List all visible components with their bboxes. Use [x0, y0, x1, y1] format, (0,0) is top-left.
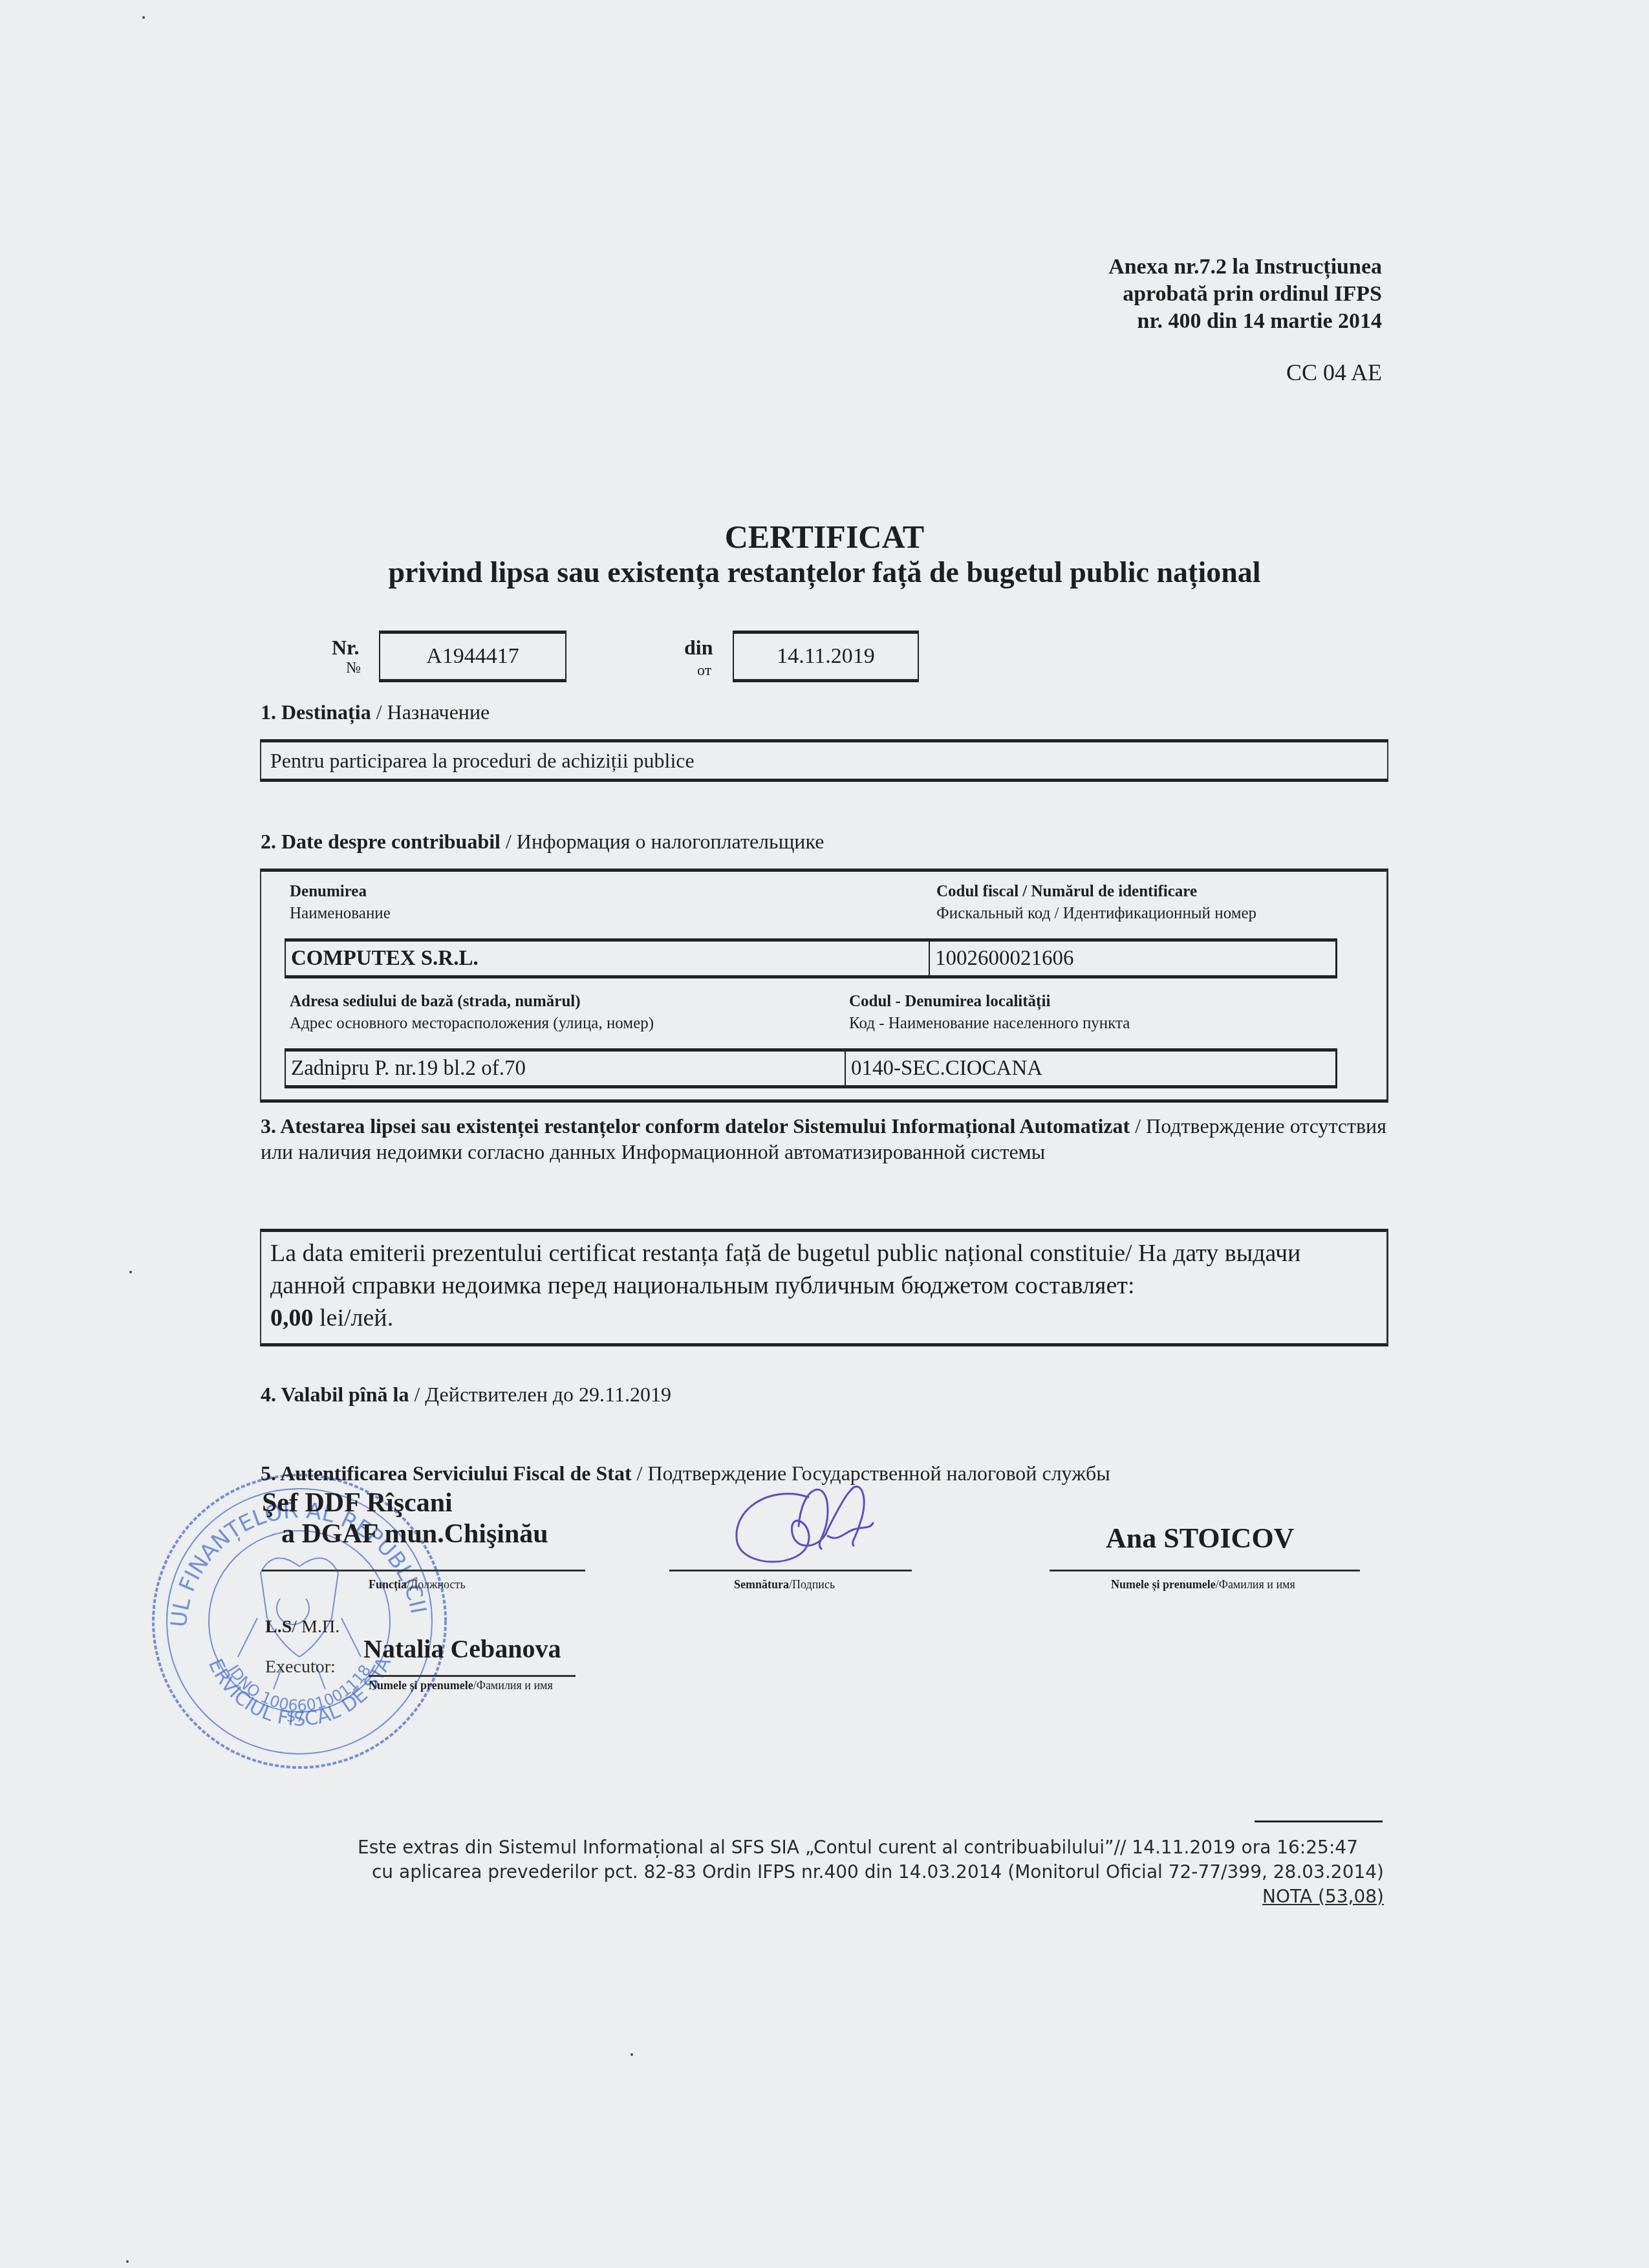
- executor-name: Natalia Cebanova: [363, 1634, 561, 1664]
- name-underline: [1050, 1570, 1360, 1571]
- annex-line: nr. 400 din 14 martie 2014: [1108, 308, 1382, 335]
- certificate-number-field: A1944417: [379, 631, 566, 682]
- caption-ru: /Подпись: [789, 1578, 835, 1591]
- name-caption: Numele și prenumele/Фамилия и имя: [1111, 1578, 1295, 1592]
- caption-ro: Numele și prenumele: [369, 1679, 473, 1692]
- signer-name: Ana STOICOV: [1106, 1522, 1294, 1555]
- position-caption: Funcția/Должность: [369, 1578, 466, 1592]
- destination-field: Pentru participarea la proceduri de achi…: [260, 739, 1388, 782]
- heading-ru: / Назначение: [371, 700, 490, 724]
- seal-label-ro: L.S: [265, 1617, 292, 1637]
- heading-ro: 2. Date despre contribuabil: [261, 830, 501, 853]
- form-code: CC 04 AE: [1286, 359, 1382, 386]
- signature-underline: [669, 1570, 912, 1571]
- position-underline: [262, 1570, 585, 1571]
- taxpayer-name-field: COMPUTEX S.R.L.: [286, 942, 930, 975]
- caption-ro: Numele și prenumele: [1111, 1578, 1216, 1591]
- name-label-ru: Наименование: [290, 905, 391, 923]
- scan-speck: [129, 1271, 132, 1273]
- locality-label: Codul - Denumirea localității: [849, 993, 1050, 1011]
- caption-ro: Semnătura: [734, 1578, 789, 1591]
- svg-text:S7: S7: [286, 1709, 305, 1725]
- heading-ru: / Информация о налогоплательщике: [501, 830, 824, 853]
- position-line: a DGAF mun.Chişinău: [262, 1518, 548, 1550]
- fiscal-code-label-ru: Фискальный код / Идентификационный номер: [936, 905, 1256, 923]
- section-attestation-heading: 3. Atestarea lipsei sau existenței resta…: [261, 1113, 1399, 1165]
- heading-ro: 5. Autentificarea Serviciului Fiscal de …: [261, 1462, 632, 1485]
- document-subtitle: privind lipsa sau existența restanțelor …: [0, 554, 1649, 590]
- taxpayer-name-row: COMPUTEX S.R.L. 1002600021606: [285, 938, 1337, 978]
- address-label: Adresa sediului de bază (strada, numărul…: [290, 993, 581, 1011]
- locality-label-ru: Код - Наименование населенного пункта: [849, 1015, 1130, 1033]
- nota-reference: NOTA (53,08): [246, 1885, 1384, 1909]
- number-label: Nr.: [332, 636, 359, 660]
- fiscal-code-label: Codul fiscal / Numărul de identificare: [936, 883, 1197, 901]
- seal-label-ru: / M.П.: [292, 1617, 339, 1637]
- name-label: Denumirea: [290, 883, 367, 901]
- scan-speck: [142, 16, 145, 19]
- address-label-ru: Адрес основного месторасположения (улица…: [290, 1015, 654, 1033]
- date-label: din: [684, 636, 713, 660]
- document-title: CERTIFICAT: [0, 517, 1649, 556]
- footer-note: Este extras din Sistemul Informațional a…: [246, 1835, 1384, 1909]
- section-authentication-heading: 5. Autentificarea Serviciului Fiscal de …: [261, 1462, 1110, 1485]
- validity-date: / Действителен до 29.11.2019: [409, 1383, 671, 1406]
- arrears-statement-box: La data emiterii prezentului certificat …: [260, 1229, 1388, 1346]
- annex-line: aprobată prin ordinul IFPS: [1108, 281, 1382, 308]
- annex-reference: Anexa nr.7.2 la Instrucțiunea aprobată p…: [1108, 254, 1382, 335]
- number-label-ru: №: [346, 660, 361, 677]
- executor-caption: Numele și prenumele/Фамилия и имя: [369, 1679, 553, 1692]
- date-label-ru: от: [697, 662, 711, 680]
- position-line: Şef DDF Rîşcani: [262, 1487, 548, 1518]
- executor-label: Executor:: [265, 1657, 336, 1678]
- annex-line: Anexa nr.7.2 la Instrucțiunea: [1108, 254, 1382, 281]
- caption-ru: /Должность: [407, 1578, 466, 1591]
- caption-ru: /Фамилия и имя: [473, 1679, 553, 1692]
- section-destination-heading: 1. Destinația / Назначение: [261, 700, 490, 724]
- section-validity: 4. Valabil pînă la / Действителен до 29.…: [261, 1383, 671, 1407]
- footer-line: Este extras din Sistemul Informațional a…: [246, 1835, 1384, 1860]
- signer-position: Şef DDF Rîşcani a DGAF mun.Chişinău: [262, 1487, 548, 1550]
- section-taxpayer-heading: 2. Date despre contribuabil / Информация…: [261, 830, 824, 854]
- signature-caption: Semnătura/Подпись: [734, 1578, 835, 1592]
- scan-speck: [126, 2260, 129, 2263]
- issue-date-field: 14.11.2019: [733, 631, 919, 682]
- scan-speck: [630, 2053, 633, 2056]
- caption-ro: Funcția: [369, 1578, 407, 1591]
- address-field: Zadnipru P. nr.19 bl.2 of.70: [286, 1052, 846, 1085]
- handwritten-signature-icon: [731, 1471, 912, 1568]
- executor-underline: [369, 1675, 576, 1677]
- arrears-currency: lei/лей.: [314, 1304, 394, 1332]
- locality-field: 0140-SEC.CIOCANA: [846, 1052, 1335, 1085]
- heading-ro: 3. Atestarea lipsei sau existenței resta…: [261, 1114, 1130, 1138]
- footer-line: cu aplicarea prevederilor pct. 82-83 Ord…: [246, 1860, 1384, 1885]
- footer-rule: [1255, 1820, 1383, 1822]
- seal-label: L.S/ M.П.: [265, 1617, 339, 1637]
- heading-ro: 1. Destinația: [261, 700, 371, 724]
- fiscal-code-field: 1002600021606: [930, 942, 1335, 975]
- heading-ro: 4. Valabil pînă la: [261, 1383, 409, 1406]
- arrears-amount: 0,00: [270, 1304, 314, 1332]
- caption-ru: /Фамилия и имя: [1216, 1578, 1295, 1591]
- taxpayer-address-row: Zadnipru P. nr.19 bl.2 of.70 0140-SEC.CI…: [285, 1048, 1337, 1088]
- arrears-statement: La data emiterii prezentului certificat …: [270, 1240, 1300, 1299]
